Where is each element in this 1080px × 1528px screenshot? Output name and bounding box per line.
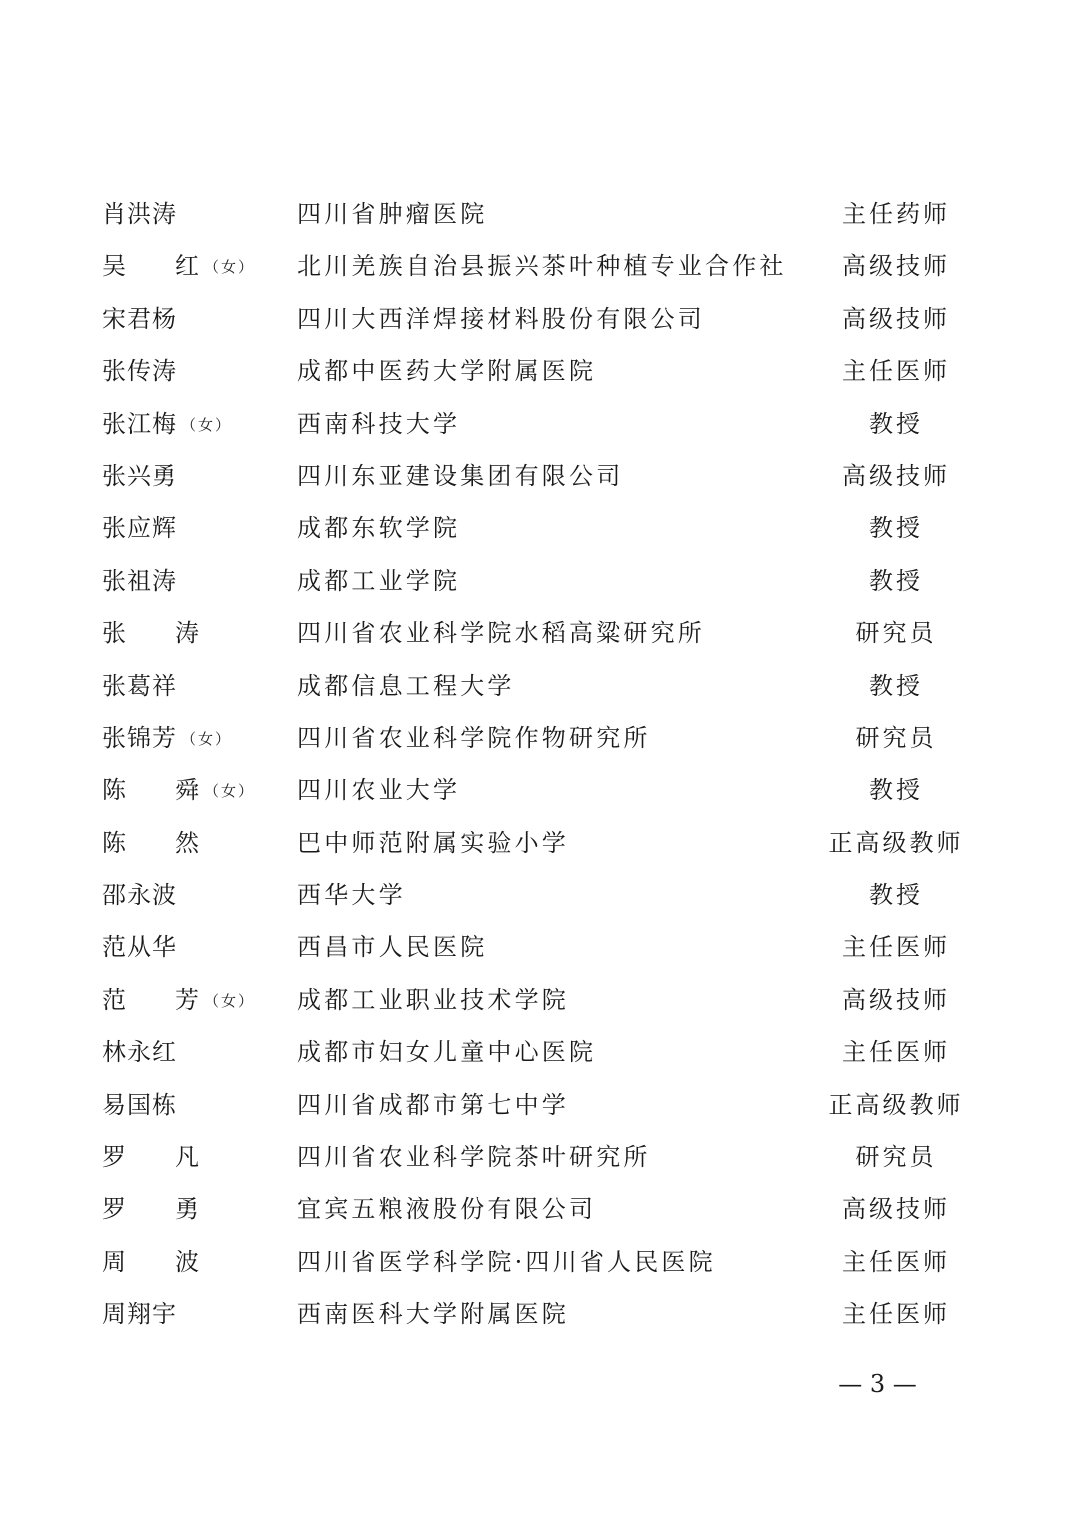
list-item: 陈舜（女） 四川农业大学 教授 bbox=[0, 766, 1080, 818]
name-part-last: 勇 bbox=[175, 1195, 200, 1223]
name-part-first: 吴 bbox=[102, 252, 127, 280]
organization: 西昌市人民医院 bbox=[297, 931, 487, 963]
list-item: 周波 四川省医学科学院·四川省人民医院 主任医师 bbox=[0, 1238, 1080, 1290]
name-part-first: 周翔宇 bbox=[102, 1300, 177, 1328]
name-part-first: 周 bbox=[102, 1248, 127, 1276]
organization: 成都工业职业技术学院 bbox=[297, 984, 569, 1016]
professional-title: 高级技师 bbox=[796, 1193, 996, 1225]
gender-tag: （女） bbox=[204, 992, 255, 1010]
person-name: 张锦芳（女） bbox=[102, 722, 232, 755]
professional-title: 教授 bbox=[796, 512, 996, 544]
professional-title: 正高级教师 bbox=[796, 827, 996, 859]
list-item: 陈然 巴中师范附属实验小学 正高级教师 bbox=[0, 819, 1080, 871]
organization: 四川省农业科学院茶叶研究所 bbox=[297, 1141, 651, 1173]
list-item: 张传涛 成都中医药大学附属医院 主任医师 bbox=[0, 347, 1080, 399]
name-part-first: 宋君杨 bbox=[102, 305, 177, 333]
professional-title: 研究员 bbox=[796, 617, 996, 649]
organization: 四川东亚建设集团有限公司 bbox=[297, 460, 623, 492]
document-page: 肖洪涛 四川省肿瘤医院 主任药师 吴红（女） 北川羌族自治县振兴茶叶种植专业合作… bbox=[0, 0, 1080, 1528]
organization: 四川省农业科学院水稻高粱研究所 bbox=[297, 617, 705, 649]
person-name: 张兴勇 bbox=[102, 460, 177, 492]
name-part-first: 张 bbox=[102, 619, 127, 647]
professional-title: 教授 bbox=[796, 774, 996, 806]
name-part-last: 红 bbox=[175, 252, 200, 280]
name-part-first: 罗 bbox=[102, 1195, 127, 1223]
organization: 西南科技大学 bbox=[297, 408, 460, 440]
organization: 成都信息工程大学 bbox=[297, 670, 515, 702]
name-part-first: 张祖涛 bbox=[102, 567, 177, 595]
list-item: 宋君杨 四川大西洋焊接材料股份有限公司 高级技师 bbox=[0, 295, 1080, 347]
professional-title: 主任医师 bbox=[796, 931, 996, 963]
organization: 宜宾五粮液股份有限公司 bbox=[297, 1193, 596, 1225]
name-part-first: 林永红 bbox=[102, 1038, 177, 1066]
organization: 成都东软学院 bbox=[297, 512, 460, 544]
organization: 四川省成都市第七中学 bbox=[297, 1089, 569, 1121]
name-part-first: 张传涛 bbox=[102, 357, 177, 385]
professional-title: 教授 bbox=[796, 670, 996, 702]
honoree-list: 肖洪涛 四川省肿瘤医院 主任药师 吴红（女） 北川羌族自治县振兴茶叶种植专业合作… bbox=[0, 190, 1080, 1343]
person-name: 张涛 bbox=[102, 617, 200, 649]
person-name: 宋君杨 bbox=[102, 303, 177, 335]
list-item: 吴红（女） 北川羌族自治县振兴茶叶种植专业合作社 高级技师 bbox=[0, 242, 1080, 294]
professional-title: 主任医师 bbox=[796, 1298, 996, 1330]
person-name: 张祖涛 bbox=[102, 565, 177, 597]
professional-title: 主任医师 bbox=[796, 1246, 996, 1278]
person-name: 张应辉 bbox=[102, 512, 177, 544]
person-name: 肖洪涛 bbox=[102, 198, 177, 230]
page-number: — 3 — bbox=[820, 1368, 935, 1400]
professional-title: 正高级教师 bbox=[796, 1089, 996, 1121]
name-part-first: 张兴勇 bbox=[102, 462, 177, 490]
person-name: 范芳（女） bbox=[102, 984, 255, 1017]
professional-title: 高级技师 bbox=[796, 250, 996, 282]
list-item: 张兴勇 四川东亚建设集团有限公司 高级技师 bbox=[0, 452, 1080, 504]
person-name: 吴红（女） bbox=[102, 250, 255, 283]
name-part-first: 张葛祥 bbox=[102, 672, 177, 700]
organization: 四川省肿瘤医院 bbox=[297, 198, 487, 230]
person-name: 周翔宇 bbox=[102, 1298, 177, 1330]
person-name: 张传涛 bbox=[102, 355, 177, 387]
professional-title: 高级技师 bbox=[796, 460, 996, 492]
person-name: 邵永波 bbox=[102, 879, 177, 911]
person-name: 罗勇 bbox=[102, 1193, 200, 1225]
name-part-first: 肖洪涛 bbox=[102, 200, 177, 228]
person-name: 陈舜（女） bbox=[102, 774, 255, 807]
list-item: 张祖涛 成都工业学院 教授 bbox=[0, 557, 1080, 609]
name-part-first: 邵永波 bbox=[102, 881, 177, 909]
organization: 成都市妇女儿童中心医院 bbox=[297, 1036, 596, 1068]
name-part-first: 陈 bbox=[102, 829, 127, 857]
organization: 西南医科大学附属医院 bbox=[297, 1298, 569, 1330]
name-part-first: 范从华 bbox=[102, 933, 177, 961]
name-part-last: 凡 bbox=[175, 1143, 200, 1171]
name-part-last: 波 bbox=[175, 1248, 200, 1276]
organization: 成都工业学院 bbox=[297, 565, 460, 597]
professional-title: 教授 bbox=[796, 408, 996, 440]
professional-title: 主任医师 bbox=[796, 1036, 996, 1068]
organization: 北川羌族自治县振兴茶叶种植专业合作社 bbox=[297, 250, 787, 282]
list-item: 张江梅（女） 西南科技大学 教授 bbox=[0, 400, 1080, 452]
professional-title: 教授 bbox=[796, 879, 996, 911]
list-item: 张葛祥 成都信息工程大学 教授 bbox=[0, 662, 1080, 714]
organization: 四川大西洋焊接材料股份有限公司 bbox=[297, 303, 705, 335]
list-item: 张应辉 成都东软学院 教授 bbox=[0, 504, 1080, 556]
gender-tag: （女） bbox=[204, 782, 255, 800]
list-item: 罗勇 宜宾五粮液股份有限公司 高级技师 bbox=[0, 1185, 1080, 1237]
professional-title: 研究员 bbox=[796, 1141, 996, 1173]
person-name: 陈然 bbox=[102, 827, 200, 859]
person-name: 张葛祥 bbox=[102, 670, 177, 702]
organization: 四川省医学科学院·四川省人民医院 bbox=[297, 1246, 716, 1278]
gender-tag: （女） bbox=[204, 258, 255, 276]
list-item: 肖洪涛 四川省肿瘤医院 主任药师 bbox=[0, 190, 1080, 242]
organization: 西华大学 bbox=[297, 879, 406, 911]
professional-title: 主任医师 bbox=[796, 355, 996, 387]
list-item: 罗凡 四川省农业科学院茶叶研究所 研究员 bbox=[0, 1133, 1080, 1185]
person-name: 林永红 bbox=[102, 1036, 177, 1068]
person-name: 易国栋 bbox=[102, 1089, 177, 1121]
gender-tag: （女） bbox=[181, 730, 232, 748]
name-part-first: 张应辉 bbox=[102, 514, 177, 542]
professional-title: 教授 bbox=[796, 565, 996, 597]
professional-title: 高级技师 bbox=[796, 984, 996, 1016]
gender-tag: （女） bbox=[181, 416, 232, 434]
name-part-first: 陈 bbox=[102, 776, 127, 804]
person-name: 罗凡 bbox=[102, 1141, 200, 1173]
person-name: 范从华 bbox=[102, 931, 177, 963]
organization: 成都中医药大学附属医院 bbox=[297, 355, 596, 387]
list-item: 林永红 成都市妇女儿童中心医院 主任医师 bbox=[0, 1028, 1080, 1080]
professional-title: 高级技师 bbox=[796, 303, 996, 335]
list-item: 易国栋 四川省成都市第七中学 正高级教师 bbox=[0, 1081, 1080, 1133]
list-item: 邵永波 西华大学 教授 bbox=[0, 871, 1080, 923]
name-part-last: 芳 bbox=[175, 986, 200, 1014]
name-part-first: 范 bbox=[102, 986, 127, 1014]
name-part-first: 张江梅 bbox=[102, 410, 177, 438]
professional-title: 主任药师 bbox=[796, 198, 996, 230]
list-item: 周翔宇 西南医科大学附属医院 主任医师 bbox=[0, 1290, 1080, 1342]
person-name: 周波 bbox=[102, 1246, 200, 1278]
name-part-first: 罗 bbox=[102, 1143, 127, 1171]
name-part-last: 舜 bbox=[175, 776, 200, 804]
name-part-last: 然 bbox=[175, 829, 200, 857]
list-item: 张涛 四川省农业科学院水稻高粱研究所 研究员 bbox=[0, 609, 1080, 661]
person-name: 张江梅（女） bbox=[102, 408, 232, 441]
list-item: 范从华 西昌市人民医院 主任医师 bbox=[0, 923, 1080, 975]
name-part-first: 易国栋 bbox=[102, 1091, 177, 1119]
organization: 四川农业大学 bbox=[297, 774, 460, 806]
organization: 四川省农业科学院作物研究所 bbox=[297, 722, 651, 754]
list-item: 范芳（女） 成都工业职业技术学院 高级技师 bbox=[0, 976, 1080, 1028]
name-part-last: 涛 bbox=[175, 619, 200, 647]
name-part-first: 张锦芳 bbox=[102, 724, 177, 752]
professional-title: 研究员 bbox=[796, 722, 996, 754]
organization: 巴中师范附属实验小学 bbox=[297, 827, 569, 859]
list-item: 张锦芳（女） 四川省农业科学院作物研究所 研究员 bbox=[0, 714, 1080, 766]
